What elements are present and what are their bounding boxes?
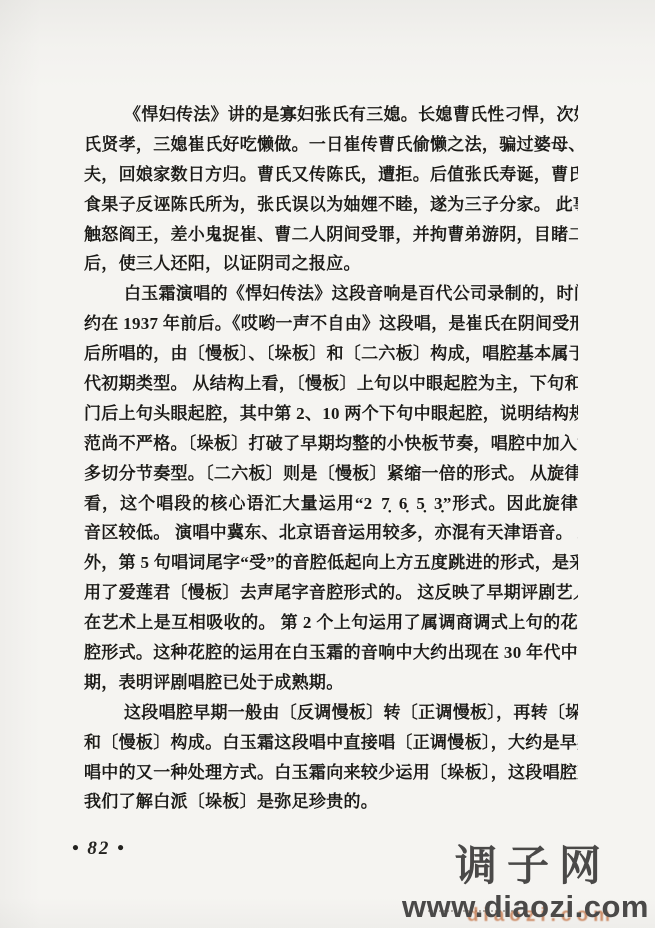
text-line: 用了爱莲君〔慢板〕去声尾字音腔形式的。 这反映了早期评剧艺人 — [84, 578, 578, 608]
text-line: 音区较低。 演唱中冀东、北京语音运用较多，亦混有天津语音。 此 — [84, 518, 578, 548]
scanned-book-page: 《悍妇传法》讲的是寡妇张氏有三媳。长媳曹氏性刁悍，次媳陈氏贤孝，三媳崔氏好吃懒做… — [0, 0, 655, 928]
text-line: 门后上句头眼起腔，其中第 2、10 两个下句中眼起腔，说明结构规 — [84, 399, 578, 429]
text-line: 后，使三人还阳，以证阴司之报应。 — [84, 249, 578, 279]
text-line: 我们了解白派〔垛板〕是弥足珍贵的。 — [84, 787, 578, 817]
text-line: 看，这个唱段的核心语汇大量运用“2 7̣ 6̣ 5̣ 3̣”形式。因此旋律 — [84, 489, 578, 519]
text-line: 氏贤孝，三媳崔氏好吃懒做。一日崔传曹氏偷懒之法，骗过婆母、丈 — [84, 130, 578, 160]
body-text: 《悍妇传法》讲的是寡妇张氏有三媳。长媳曹氏性刁悍，次媳陈氏贤孝，三媳崔氏好吃懒做… — [84, 100, 578, 817]
text-line: 这段唱腔早期一般由〔反调慢板〕转〔正调慢板〕，再转〔垛板〕 — [84, 698, 578, 728]
text-line: 和〔慢板〕构成。白玉霜这段唱中直接唱〔正调慢板〕，大约是早期演 — [84, 728, 578, 758]
text-line: 触怒阎王，差小鬼捉崔、曹二人阴间受罪，并拘曹弟游阴，目睹二妇 — [84, 220, 578, 250]
watermark-site-name: 调子网 — [402, 845, 611, 887]
text-line: 在艺术上是互相吸收的。 第 2 个上句运用了属调商调式上句的花 — [84, 608, 578, 638]
text-line: 外，第 5 句唱词尾字“受”的音腔低起向上方五度跳进的形式，是采 — [84, 548, 578, 578]
text-line: 后所唱的，由〔慢板〕、〔垛板〕和〔二六板〕构成，唱腔基本属于 30 年 — [84, 339, 578, 369]
text-line: 期，表明评剧唱腔已处于成熟期。 — [84, 668, 578, 698]
text-line: 《悍妇传法》讲的是寡妇张氏有三媳。长媳曹氏性刁悍，次媳陈 — [84, 100, 578, 130]
text-line: 代初期类型。 从结构上看，〔慢板〕上句以中眼起腔为主，下句和过 — [84, 369, 578, 399]
text-line: 腔形式。这种花腔的运用在白玉霜的音响中大约出现在 30 年代中 — [84, 638, 578, 668]
text-line: 唱中的又一种处理方式。白玉霜向来较少运用〔垛板〕，这段唱腔对 — [84, 758, 578, 788]
text-line: 范尚不严格。〔垛板〕打破了早期均整的小快板节奏，唱腔中加入许 — [84, 429, 578, 459]
text-line: 约在 1937 年前后。《哎哟一声不自由》这段唱，是崔氏在阴间受刑 — [84, 309, 578, 339]
page-number: • 82 • — [72, 838, 126, 860]
watermark: diaozi.com 调子网 www.diaozi.com — [402, 845, 649, 922]
text-line: 多切分节奏型。〔二六板〕则是〔慢板〕紧缩一倍的形式。 从旋律上 — [84, 459, 578, 489]
text-line: 食果子反诬陈氏所为，张氏误以为妯娌不睦，遂为三子分家。 此事 — [84, 190, 578, 220]
watermark-site-url: www.diaozi.com — [402, 891, 649, 922]
text-line: 夫，回娘家数日方归。曹氏又传陈氏，遭拒。后值张氏寿诞，曹氏偷 — [84, 160, 578, 190]
text-line: 白玉霜演唱的《悍妇传法》这段音响是百代公司录制的，时间 — [84, 279, 578, 309]
